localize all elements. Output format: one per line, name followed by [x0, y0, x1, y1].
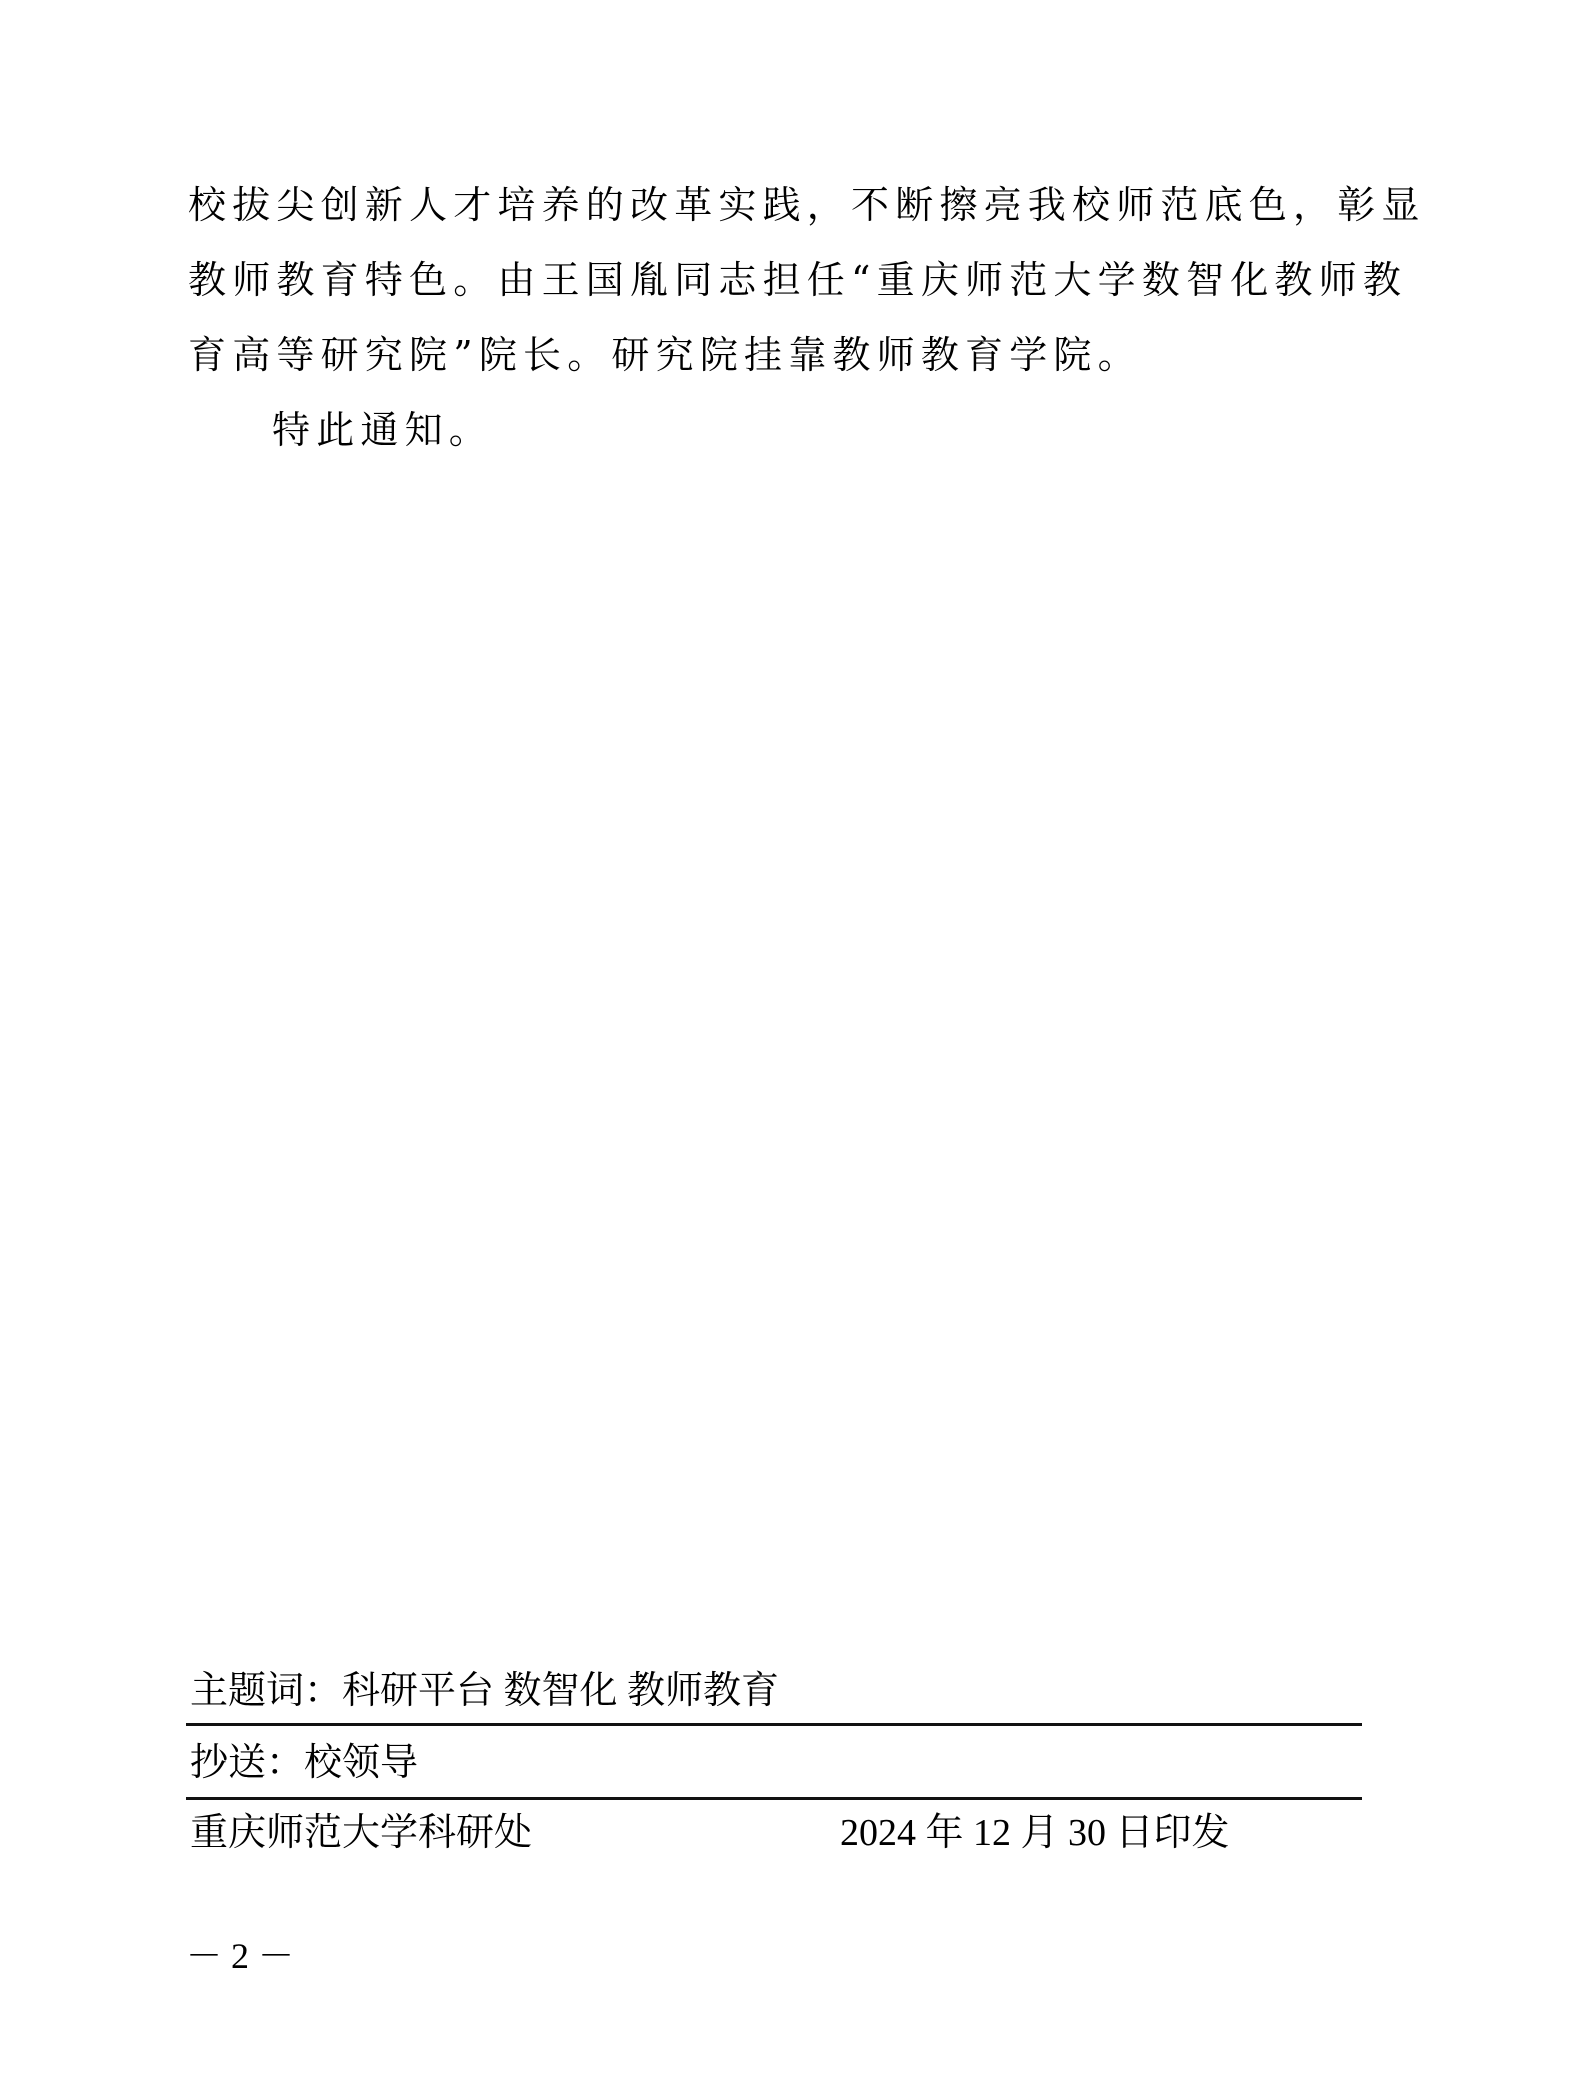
divider-line-2	[186, 1797, 1362, 1800]
body-line-2: 教师教育特色。由王国胤同志担任“重庆师范大学数智化教师教	[188, 243, 1388, 318]
cc-label: 抄送：	[190, 1742, 304, 1784]
body-line-1: 校拔尖创新人才培养的改革实践，不断擦亮我校师范底色，彰显	[188, 168, 1388, 243]
notice-body: 校拔尖创新人才培养的改革实践，不断擦亮我校师范底色，彰显 教师教育特色。由王国胤…	[188, 168, 1388, 468]
cc-row: 抄送：校领导	[186, 1732, 1362, 1804]
page-number: － 2 －	[186, 1934, 294, 1978]
body-line-3: 育高等研究院”院长。研究院挂靠教师教育学院。	[188, 318, 1388, 393]
keywords-row: 主题词：科研平台 数智化 教师教育	[186, 1660, 1362, 1732]
document-page: 校拔尖创新人才培养的改革实践，不断擦亮我校师范底色，彰显 教师教育特色。由王国胤…	[0, 0, 1574, 2073]
cc-value: 校领导	[304, 1742, 418, 1784]
document-footer: 主题词：科研平台 数智化 教师教育 抄送：校领导	[186, 1660, 1362, 1804]
issuing-office: 重庆师范大学科研处	[190, 1808, 532, 1858]
issue-date: 2024 年 12 月 30 日印发	[840, 1808, 1230, 1858]
keywords-label: 主题词：	[190, 1670, 342, 1712]
keywords-value: 科研平台 数智化 教师教育	[342, 1670, 779, 1712]
closing-line: 特此通知。	[188, 393, 1388, 468]
divider-line-1	[186, 1723, 1362, 1726]
